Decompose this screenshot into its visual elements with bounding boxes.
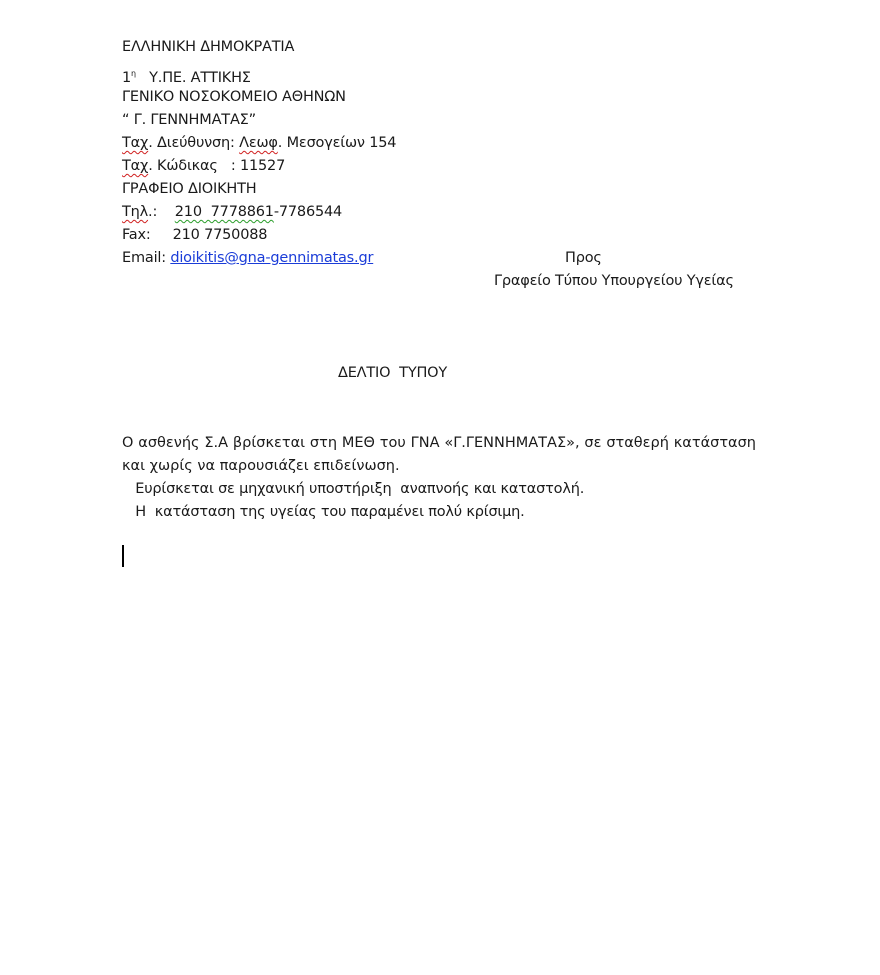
recipient-label: Προς xyxy=(565,249,602,267)
grammar-check-phrase: 210 7778861 xyxy=(175,204,274,220)
recipient-name: Γραφείο Τύπου Υπουργείου Υγείας xyxy=(494,272,734,290)
header-country: ΕΛΛΗΝΙΚΗ ΔΗΜΟΚΡΑΤΙΑ xyxy=(122,38,294,56)
spellcheck-word: Λεωφ xyxy=(239,135,278,151)
header-office: ΓΡΑΦΕΙΟ ΔΙΟΙΚΗΤΗ xyxy=(122,180,256,198)
address-label: . Διεύθυνση: xyxy=(148,135,239,151)
email-label: Email: xyxy=(122,250,170,266)
document-page[interactable]: ΕΛΛΗΝΙΚΗ ΔΗΜΟΚΡΑΤΙΑ 1η Υ.ΠΕ. ΑΤΤΙΚΗΣ ΓΕΝ… xyxy=(0,0,880,975)
body-paragraph-2: Ευρίσκεται σε μηχανική υποστήριξη αναπνο… xyxy=(122,480,584,498)
region-number: 1 xyxy=(122,70,131,86)
header-address: Ταχ. Διεύθυνση: Λεωφ. Μεσογείων 154 xyxy=(122,134,396,152)
body-paragraph-3: Η κατάσταση της υγείας του παραμένει πολ… xyxy=(122,503,525,521)
spellcheck-word: Τηλ xyxy=(122,204,148,220)
header-phone: Τηλ.: 210 7778861-7786544 xyxy=(122,203,342,221)
spellcheck-word: Ταχ xyxy=(122,135,148,151)
email-link[interactable]: dioikitis@gna-gennimatas.gr xyxy=(170,250,373,266)
phone-label: .: xyxy=(148,204,175,220)
header-fax: Fax: 210 7750088 xyxy=(122,226,267,244)
region-name: Υ.ΠΕ. ΑΤΤΙΚΗΣ xyxy=(136,70,251,86)
postal-code: . Κώδικας : 11527 xyxy=(148,158,285,174)
header-health-region: 1η Υ.ΠΕ. ΑΤΤΙΚΗΣ xyxy=(122,65,251,87)
header-hospital-name: “ Γ. ΓΕΝΝΗΜΑΤΑΣ” xyxy=(122,111,256,129)
text-cursor xyxy=(122,545,124,567)
address-street: . Μεσογείων 154 xyxy=(278,135,396,151)
header-hospital: ΓΕΝΙΚΟ ΝΟΣΟΚΟΜΕΙΟ ΑΘΗΝΩΝ xyxy=(122,88,346,106)
body-paragraph-1: Ο ασθενής Σ.Α βρίσκεται στη ΜΕΘ του ΓΝΑ … xyxy=(122,432,756,478)
header-email: Email: dioikitis@gna-gennimatas.gr xyxy=(122,249,373,267)
document-title: ΔΕΛΤΙΟ ΤΥΠΟΥ xyxy=(338,364,447,382)
phone-number-end: -7786544 xyxy=(274,204,342,220)
spellcheck-word: Ταχ xyxy=(122,158,148,174)
header-postal-code: Ταχ. Κώδικας : 11527 xyxy=(122,157,285,175)
